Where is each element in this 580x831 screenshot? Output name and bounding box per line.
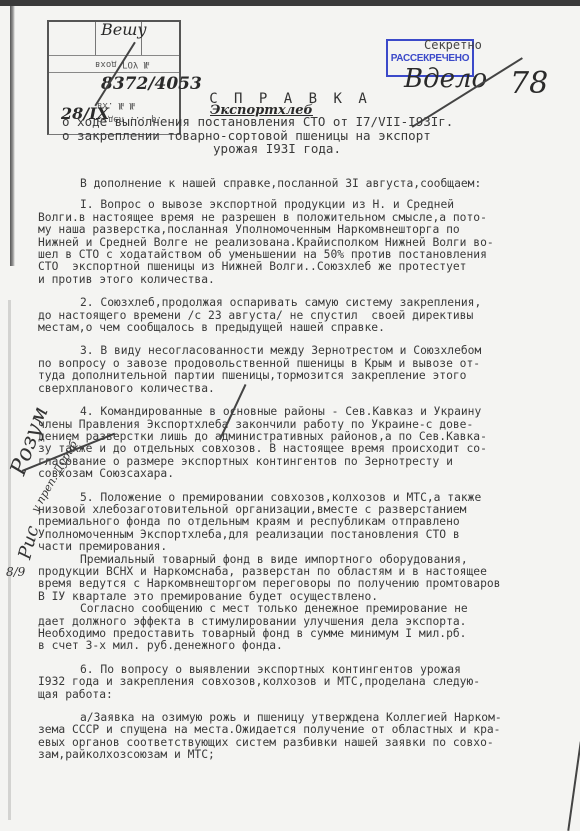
paragraph: 3. В виду несогласованности между Зернот… xyxy=(38,345,573,395)
margin-note: 8/9 xyxy=(6,565,25,579)
text-line: сверхпланового количества. xyxy=(38,383,573,395)
scan-left-edge xyxy=(10,6,15,266)
classification-label: Секретно xyxy=(424,38,482,52)
text-line: в счет 3-х мил. руб.денежного фонда. xyxy=(38,640,573,652)
handwritten-note: Вешу xyxy=(101,20,147,39)
text-line: Согласно сообщению с мест только денежно… xyxy=(38,603,573,615)
paragraph: 4. Командированные в основные районы - С… xyxy=(38,406,573,480)
text-line: СТО экспортной пшеницы из Нижней Волги..… xyxy=(38,261,573,273)
text-line: и против этого количества. xyxy=(38,274,573,286)
text-line: премиального фонда по отдельным краям и … xyxy=(38,516,573,528)
text-line: I932 года и закрепления совхозов,колхозо… xyxy=(38,676,573,688)
text-line: время ведутся с Наркомвнешторгом перегов… xyxy=(38,578,573,590)
subtitle-line: о закреплении товарно-сортовой пшеницы н… xyxy=(62,129,492,143)
text-line: зам,райколхозсоюзам и МТС; xyxy=(38,749,573,761)
paragraphs: I. Вопрос о вывозе экспортной продукции … xyxy=(38,199,573,761)
text-line: совхозам Союзсахара. xyxy=(38,468,573,480)
intro-paragraph: В дополнение к нашей справке,посланной 3… xyxy=(38,178,573,190)
paragraph: 5. Положение о премировании совхозов,кол… xyxy=(38,492,573,554)
document-body: В дополнение к нашей справке,посланной 3… xyxy=(38,178,573,773)
text-line: му наша разверстка,посланная Уполномочен… xyxy=(38,224,573,236)
text-line: части премирования. xyxy=(38,541,573,553)
scan-left-shadow xyxy=(8,300,11,820)
subtitle-line: о ходе выполнения постановления СТО от I… xyxy=(62,115,492,129)
scan-top-border xyxy=(0,0,580,6)
paragraph: I. Вопрос о вывозе экспортной продукции … xyxy=(38,199,573,286)
text-line: 2. Союзхлеб,продолжая оспаривать самую с… xyxy=(38,297,573,309)
text-line: 3. В виду несогласованности между Зернот… xyxy=(38,345,573,357)
document-subtitle: о ходе выполнения постановления СТО от I… xyxy=(62,115,492,156)
subtitle-line: урожая I93I года. xyxy=(62,142,492,156)
text-line: 4. Командированные в основные районы - С… xyxy=(38,406,573,418)
paragraph: Премиальный товарный фонд в виде импортн… xyxy=(38,554,573,604)
box-divider xyxy=(95,22,96,55)
text-line: щая работа: xyxy=(38,689,573,701)
paragraph: Согласно сообщению с мест только денежно… xyxy=(38,603,573,653)
paragraph: 2. Союзхлеб,продолжая оспаривать самую с… xyxy=(38,297,573,334)
handwritten-resolution: Вдело xyxy=(404,64,487,94)
box-row-line xyxy=(49,55,179,56)
text-line: зема СССР и спущена на места.Ожидается п… xyxy=(38,724,573,736)
text-line: местам,о чем сообщалось в предыдущей наш… xyxy=(38,322,573,334)
paragraph: а/Заявка на озимую рожь и пшеницу утверж… xyxy=(38,712,573,762)
text-line: I. Вопрос о вывозе экспортной продукции … xyxy=(38,199,573,211)
text-line: зу также и до отдельных совхозов. В наст… xyxy=(38,443,573,455)
text-line: туда дополнительной партии пшеницы,тормо… xyxy=(38,370,573,382)
paragraph: 6. По вопросу о выявлении экспортных кон… xyxy=(38,664,573,701)
